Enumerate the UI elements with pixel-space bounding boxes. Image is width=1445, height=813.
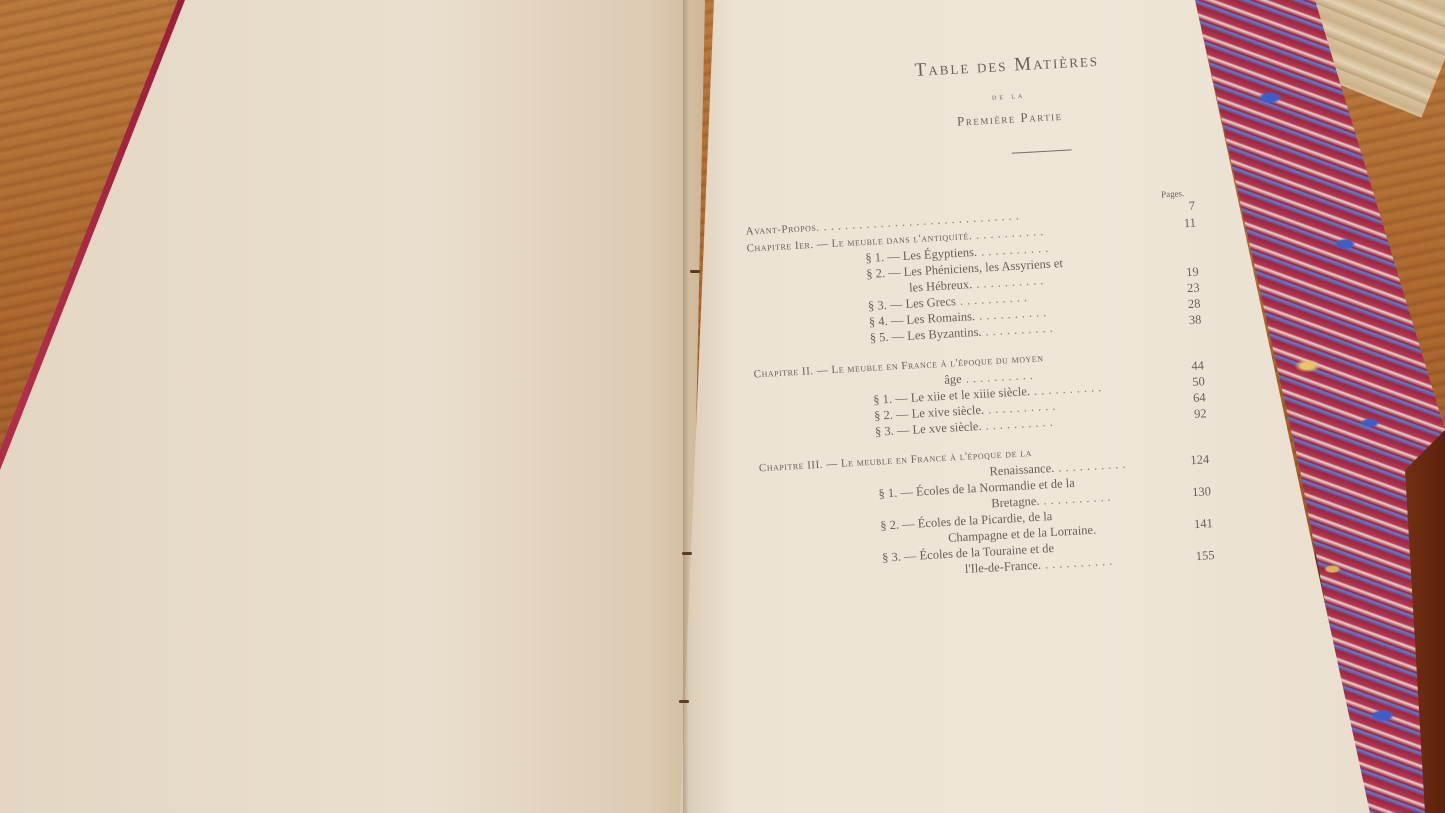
binding-stitch — [682, 552, 692, 555]
table-of-contents: Table des Matières de la Première Partie… — [735, 15, 1215, 588]
binding-stitch — [679, 700, 689, 703]
toc-title: Table des Matières — [827, 45, 1188, 87]
title-rule — [1012, 149, 1072, 153]
binding-stitch — [690, 270, 700, 273]
photo-scene: Table des Matières de la Première Partie… — [0, 0, 1445, 813]
book-gutter — [683, 0, 689, 813]
